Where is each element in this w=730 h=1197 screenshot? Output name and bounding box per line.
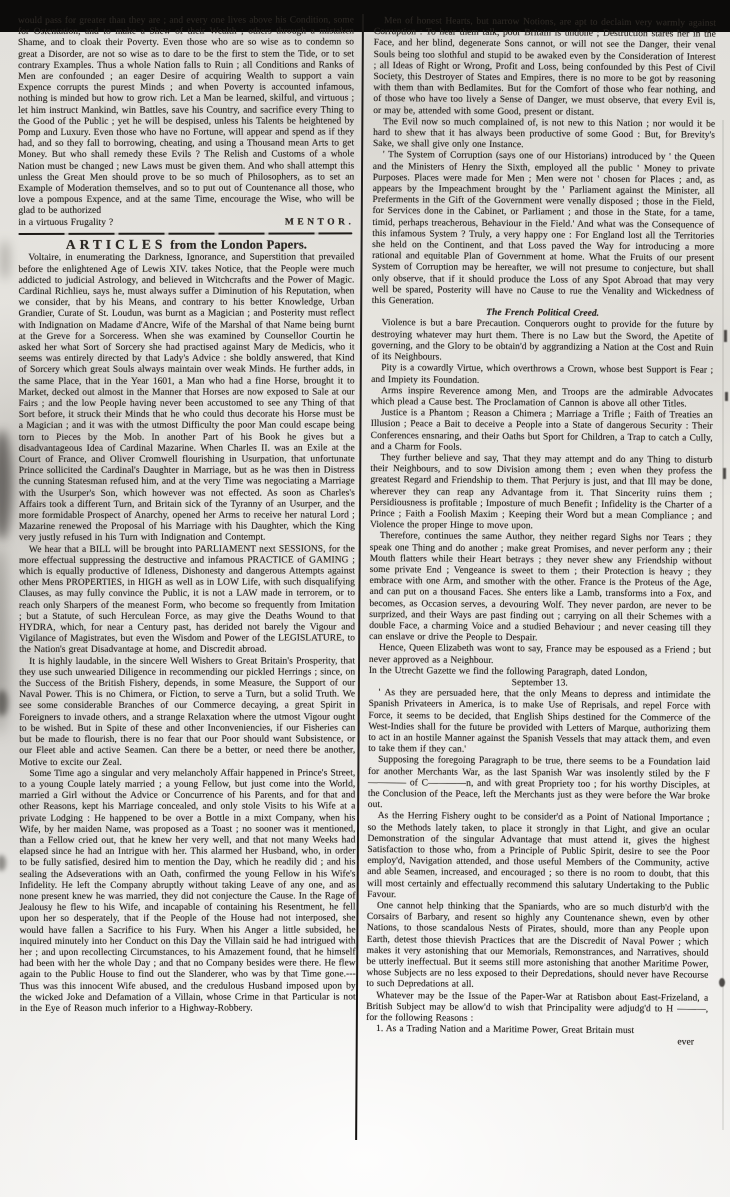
right-column: Men of honest Hearts, but narrow Notions… <box>366 16 716 1049</box>
ink-smudge <box>0 430 12 540</box>
left-column: would pass for greater than they are ; a… <box>18 15 356 1015</box>
paragraph-creed-they-further: They further believe and say, That they … <box>370 453 713 534</box>
mentor-closing-question: in a virtuous Frugality ? <box>18 217 113 228</box>
ink-smudge <box>0 690 8 716</box>
fold-line <box>722 120 724 1130</box>
paragraph-voltaire: Voltaire, in enumerating the Darkness, I… <box>18 253 355 545</box>
paragraph-creed-arms: Arms inspire Reverence among Men, and Tr… <box>371 386 713 411</box>
articles-section-heading: ARTICLES from the London Papers. <box>18 238 354 253</box>
margin-mark <box>724 330 727 342</box>
paragraph-evil-not-new: The Evil now so much complained of, is n… <box>373 117 715 153</box>
paragraph-merchants-war: Supposing the foregoing Paragraph to be … <box>368 755 710 814</box>
paragraph-creed-justice: Justice is a Phantom ; Reason a Chimera … <box>371 408 713 455</box>
paragraph-spanish-privateers: ' As they are persuaded here, that the o… <box>368 688 711 758</box>
ink-smudge <box>0 855 6 871</box>
paragraph-gaming-bill: We hear that a BILL will be brought into… <box>19 544 355 657</box>
paragraph-creed-therefore: Therefore, continues the same Author, th… <box>369 531 712 646</box>
articles-heading-word: ARTICLES <box>66 237 167 252</box>
column-divider-rule <box>355 14 364 1140</box>
paragraph-creed-pity: Pity is a cowardly Virtue, which overthr… <box>371 363 713 388</box>
paragraph-queen-elizabeth: Hence, Queen Elizabeth was wont to say, … <box>369 643 711 668</box>
newspaper-page: would pass for greater than they are ; a… <box>0 0 730 1197</box>
paragraph-herring-fishery: As the Herring Fishery ought to be consi… <box>367 811 710 903</box>
margin-mark <box>725 392 728 401</box>
paragraph-jealous-husband: Some Time ago a singular and very melanc… <box>19 768 355 1015</box>
paragraph-spaniards-corsairs: One cannot help thinking that the Spania… <box>366 901 709 993</box>
mentor-signature-line: in a virtuous Frugality ? MENTOR. <box>18 217 354 229</box>
paragraph-creed-violence: Violence is but a bare Precaution. Conqu… <box>371 318 713 365</box>
ink-smudge <box>0 240 10 280</box>
section-rule <box>18 232 352 235</box>
paragraph-system-of-corruption-quote: ' The System of Corruption (says one of … <box>372 150 715 310</box>
paragraph-mentor-letter: would pass for greater than they are ; a… <box>18 15 354 217</box>
paragraph-corruption-declaimers: Men of honest Hearts, but narrow Notions… <box>373 16 716 120</box>
articles-heading-rest: from the London Papers. <box>166 238 307 252</box>
paragraph-fishery: It is highly laudable, in the sincere We… <box>19 656 355 769</box>
catchword: ever <box>366 1035 708 1049</box>
mentor-signature: MENTOR. <box>285 217 354 228</box>
paragraph-paper-war: Whatever may be the Issue of the Paper-W… <box>366 991 708 1027</box>
